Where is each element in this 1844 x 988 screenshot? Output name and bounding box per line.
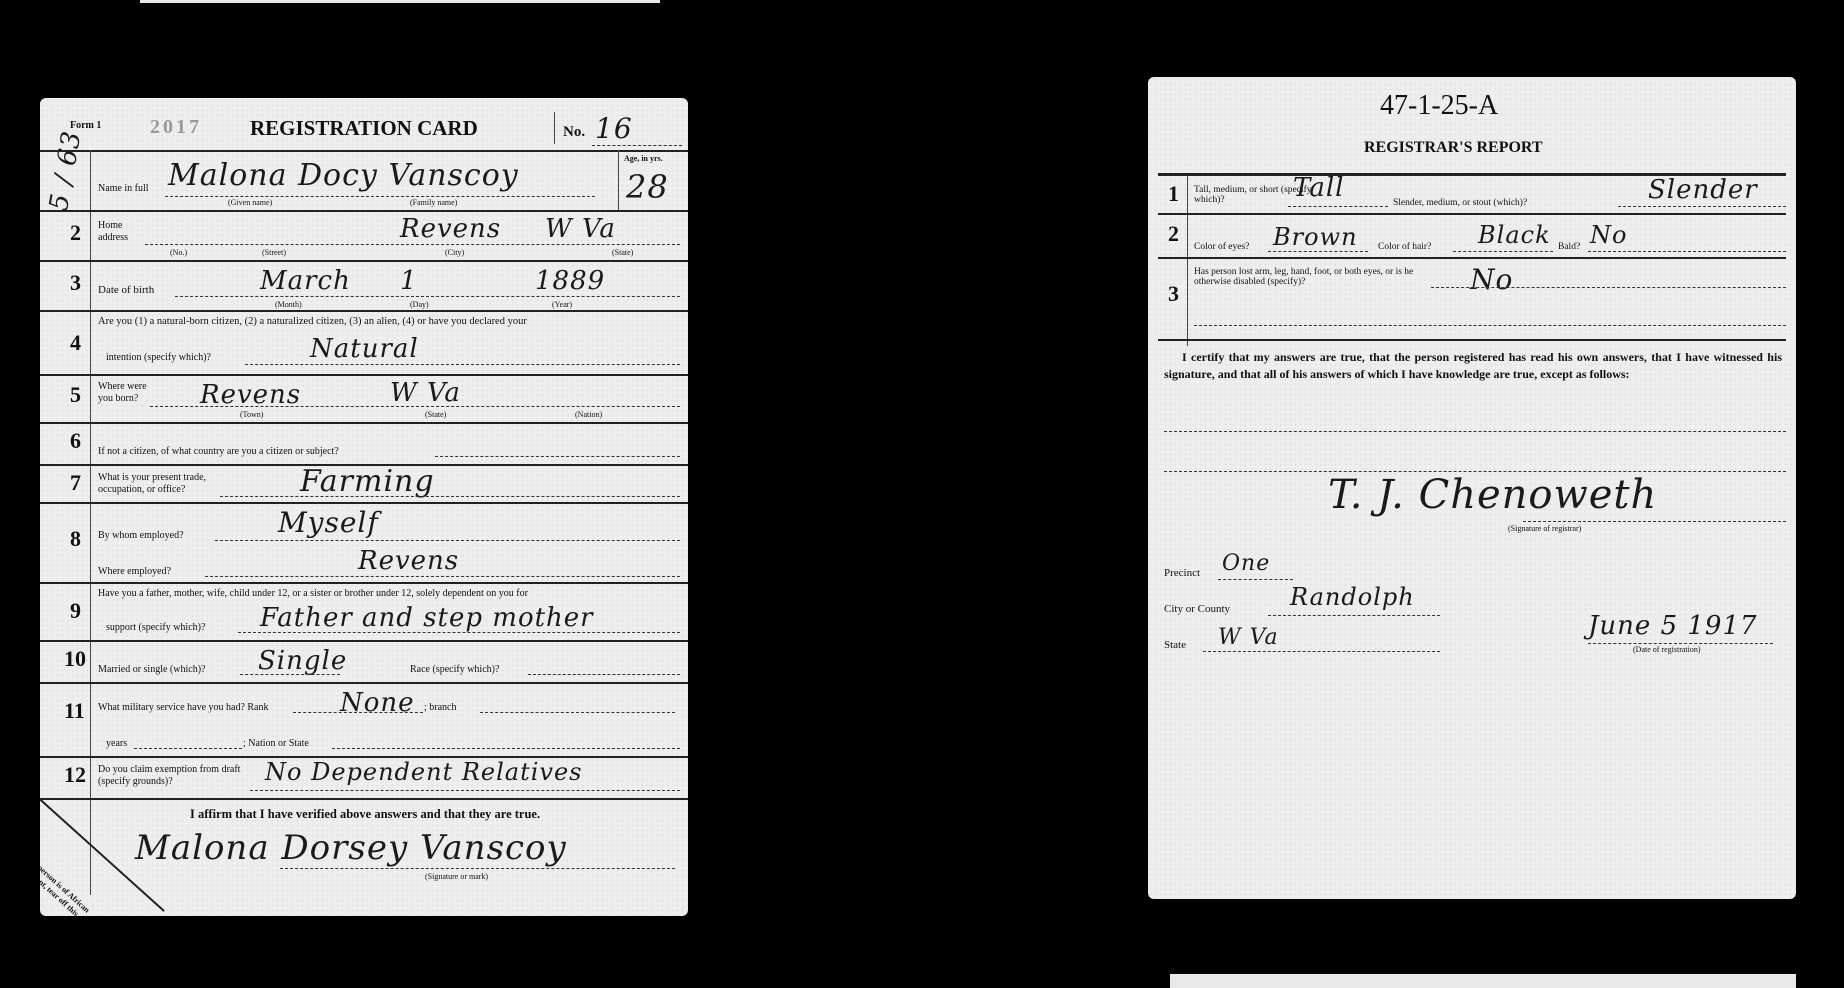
signature-caption: (Signature or mark) bbox=[425, 872, 488, 881]
row-number: 9 bbox=[70, 598, 81, 624]
employment-place-value: Revens bbox=[358, 546, 459, 576]
age-label: Age, in yrs. bbox=[624, 154, 663, 163]
row-number: 11 bbox=[64, 698, 85, 724]
row-number: 6 bbox=[70, 428, 81, 454]
address-city-value: Revens bbox=[400, 214, 501, 244]
street-caption: (Street) bbox=[262, 248, 286, 257]
hair-color-label: Color of hair? bbox=[1378, 241, 1431, 253]
row-number: 1 bbox=[1168, 181, 1179, 207]
military-label: What military service have you had? Rank bbox=[98, 702, 269, 714]
report-title: REGISTRAR'S REPORT bbox=[1364, 139, 1543, 157]
corner-note: If person is of African descent, tear of… bbox=[40, 858, 103, 916]
citizenship-label: Are you (1) a natural-born citizen, (2) … bbox=[98, 316, 527, 328]
margin-mark: 5 / 63 bbox=[44, 128, 88, 213]
nation-state-label: ; Nation or State bbox=[243, 738, 309, 750]
county-value: Randolph bbox=[1290, 583, 1415, 611]
dob-label: Date of birth bbox=[98, 284, 154, 296]
build-value: Slender bbox=[1648, 175, 1758, 205]
row-number: 4 bbox=[70, 330, 81, 356]
name-value: Malona Docy Vanscoy bbox=[168, 158, 519, 193]
birthplace-state: W Va bbox=[390, 378, 461, 408]
occupation-value: Farming bbox=[300, 464, 435, 499]
precinct-label: Precinct bbox=[1164, 567, 1200, 579]
bald-value: No bbox=[1590, 221, 1627, 249]
county-label: City or County bbox=[1164, 603, 1230, 615]
registration-date-caption: (Date of registration) bbox=[1633, 645, 1701, 654]
military-rank-value: None bbox=[340, 688, 415, 718]
no-caption: (No.) bbox=[170, 248, 187, 257]
registrar-signature-caption: (Signature of registrar) bbox=[1508, 524, 1581, 533]
row-number: 10 bbox=[64, 646, 86, 672]
month-caption: (Month) bbox=[275, 300, 302, 309]
dob-day: 1 bbox=[400, 266, 418, 296]
exemption-label: Do you claim exemption from draft (speci… bbox=[98, 764, 248, 788]
day-caption: (Day) bbox=[410, 300, 429, 309]
branch-label: ; branch bbox=[424, 702, 457, 714]
card-no-value: 16 bbox=[595, 112, 633, 145]
dob-year: 1889 bbox=[535, 266, 605, 296]
row-number: 12 bbox=[64, 762, 86, 788]
state-caption: (State) bbox=[425, 410, 446, 419]
build-label: Slender, medium, or stout (which)? bbox=[1393, 197, 1527, 209]
year-caption: (Year) bbox=[552, 300, 572, 309]
citizenship-value: Natural bbox=[310, 334, 419, 364]
serial-number: 47-1-25-A bbox=[1380, 90, 1498, 122]
adjacent-scan-top bbox=[140, 0, 660, 3]
support-label: support (specify which)? bbox=[106, 622, 205, 634]
affirmation-text: I affirm that I have verified above answ… bbox=[190, 808, 540, 820]
stamp-number: 2017 bbox=[150, 116, 202, 139]
address-state-value: W Va bbox=[545, 214, 616, 244]
card-no-label: No. bbox=[563, 124, 585, 141]
bald-label: Bald? bbox=[1558, 241, 1580, 253]
height-value: Tall bbox=[1293, 173, 1344, 203]
intention-label: intention (specify which)? bbox=[106, 352, 211, 364]
registrars-report-card: 47-1-25-A REGISTRAR'S REPORT 1 Tall, med… bbox=[1148, 77, 1796, 899]
family-name-caption: (Family name) bbox=[410, 198, 457, 207]
foreign-citizen-label: If not a citizen, of what country are yo… bbox=[98, 446, 339, 458]
registration-date-value: June 5 1917 bbox=[1588, 611, 1758, 641]
hair-color-value: Black bbox=[1478, 221, 1551, 249]
row-number: 3 bbox=[1168, 281, 1179, 307]
form-label: Form 1 bbox=[70, 120, 101, 132]
age-value: 28 bbox=[626, 168, 669, 206]
eye-color-label: Color of eyes? bbox=[1194, 241, 1249, 253]
row-number: 2 bbox=[1168, 221, 1179, 247]
row-number: 8 bbox=[70, 526, 81, 552]
name-label: Name in full bbox=[98, 183, 149, 195]
registration-card: Form 1 2017 REGISTRATION CARD No. 16 5 /… bbox=[40, 98, 688, 916]
row-number: 3 bbox=[70, 270, 81, 296]
city-caption: (City) bbox=[445, 248, 464, 257]
adjacent-scan-bottom bbox=[1170, 974, 1796, 988]
disability-label: Has person lost arm, leg, hand, foot, or… bbox=[1194, 267, 1434, 287]
state-caption: (State) bbox=[612, 248, 633, 257]
state-value: W Va bbox=[1218, 625, 1279, 650]
dependents-label: Have you a father, mother, wife, child u… bbox=[98, 588, 528, 600]
occupation-label: What is your present trade, occupation, … bbox=[98, 472, 218, 496]
home-address-label: Home address bbox=[98, 220, 148, 244]
dob-month: March bbox=[260, 266, 351, 296]
marital-label: Married or single (which)? bbox=[98, 664, 205, 676]
nation-caption: (Nation) bbox=[575, 410, 602, 419]
employer-value: Myself bbox=[278, 506, 379, 539]
state-label: State bbox=[1164, 639, 1186, 651]
town-caption: (Town) bbox=[240, 410, 263, 419]
years-label: years bbox=[106, 738, 127, 750]
precinct-value: One bbox=[1222, 551, 1270, 576]
disability-value: No bbox=[1470, 263, 1513, 296]
exemption-value: No Dependent Relatives bbox=[265, 758, 583, 786]
employer-label: By whom employed? bbox=[98, 530, 184, 542]
row-number: 7 bbox=[70, 470, 81, 496]
employment-place-label: Where employed? bbox=[98, 566, 171, 578]
dependents-value: Father and step mother bbox=[260, 603, 594, 633]
row-number: 2 bbox=[70, 220, 81, 246]
eye-color-value: Brown bbox=[1273, 223, 1358, 251]
race-label: Race (specify which)? bbox=[410, 664, 499, 676]
marital-value: Single bbox=[258, 646, 347, 676]
given-name-caption: (Given name) bbox=[228, 198, 272, 207]
birthplace-label: Where were you born? bbox=[98, 381, 158, 405]
certification-text: I certify that my answers are true, that… bbox=[1164, 349, 1782, 383]
row-number: 5 bbox=[70, 382, 81, 408]
registrant-signature: Malona Dorsey Vanscoy bbox=[135, 828, 567, 868]
card-title: REGISTRATION CARD bbox=[250, 116, 478, 141]
registrar-signature: T. J. Chenoweth bbox=[1328, 472, 1657, 518]
